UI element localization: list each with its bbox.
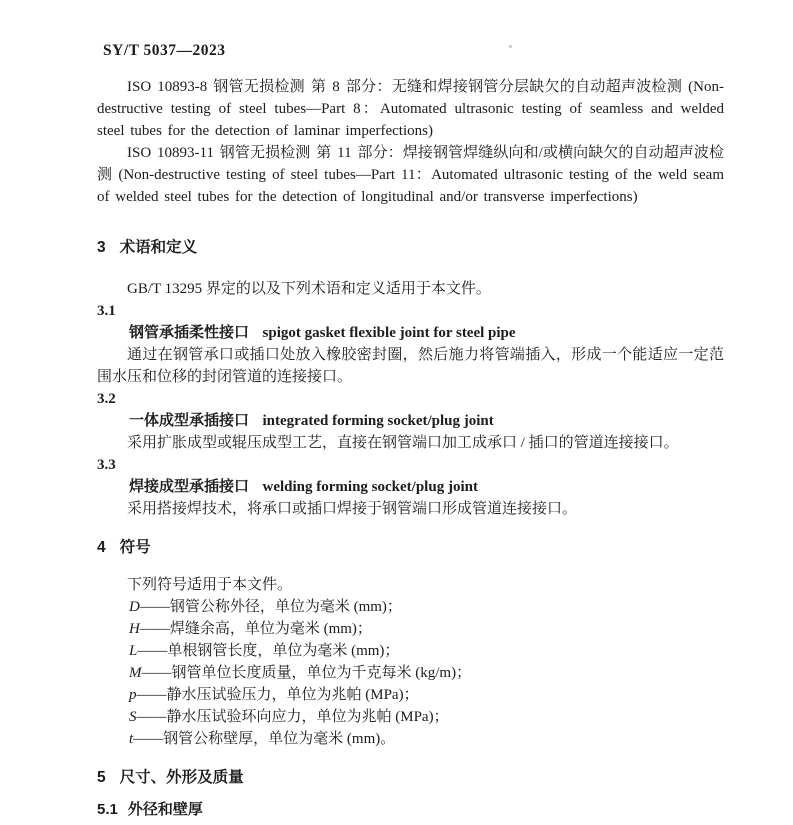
symbol-letter: p	[129, 687, 137, 703]
symbol-letter: D	[129, 599, 140, 615]
section-5-number: 5	[97, 769, 106, 786]
scan-artifact-dot	[509, 45, 512, 48]
section-4-title: 符号	[120, 539, 151, 556]
term-id: 3.2	[97, 388, 793, 410]
section-3-number: 3	[97, 239, 106, 256]
symbol-list: D——钢管公称外径，单位为毫米 (mm)； H——焊缝余高，单位为毫米 (mm)…	[0, 596, 793, 750]
symbol-description: ——钢管公称外径，单位为毫米 (mm)；	[140, 599, 402, 615]
document-page: SY/T 5037—2023 ISO 10893-8 钢管无损检测 第 8 部分…	[0, 0, 793, 825]
symbol-description: ——静水压试验压力，单位为兆帕 (MPa)；	[137, 687, 419, 703]
symbol-letter: M	[129, 665, 142, 681]
section-3-intro: GB/T 13295 界定的以及下列术语和定义适用于本文件。	[97, 278, 727, 300]
section-4-number: 4	[97, 539, 106, 556]
term-id: 3.1	[97, 300, 793, 322]
symbol-description: ——焊缝余高，单位为毫米 (mm)；	[140, 621, 372, 637]
symbol-line-D: D——钢管公称外径，单位为毫米 (mm)；	[129, 596, 793, 618]
term-definition: 采用搭接焊技术，将承口或插口焊接于钢管端口形成管道连接接口。	[97, 498, 724, 520]
symbol-line-t: t——钢管公称壁厚，单位为毫米 (mm)。	[129, 728, 793, 750]
term-name-en: integrated forming socket/plug joint	[263, 413, 494, 429]
section-4-intro: 下列符号适用于本文件。	[97, 574, 727, 596]
reference-paragraph-iso-10893-11: ISO 10893-11 钢管无损检测 第 11 部分：焊接钢管焊缝纵向和/或横…	[97, 142, 724, 208]
section-5-1-title: 外径和壁厚	[128, 801, 203, 818]
term-entry-3-2: 3.2 一体成型承插接口integrated forming socket/pl…	[0, 388, 793, 454]
symbol-line-p: p——静水压试验压力，单位为兆帕 (MPa)；	[129, 684, 793, 706]
reference-paragraph-iso-10893-8: ISO 10893-8 钢管无损检测 第 8 部分：无缝和焊接钢管分层缺欠的自动…	[97, 76, 724, 142]
term-id: 3.3	[97, 454, 793, 476]
term-entry-3-3: 3.3 焊接成型承插接口welding forming socket/plug …	[0, 454, 793, 520]
term-definition: 通过在钢管承口或插口处放入橡胶密封圈，然后施力将管端插入，形成一个能适应一定范围…	[97, 344, 724, 388]
section-4-heading: 4符号	[97, 538, 793, 558]
term-entry-3-1: 3.1 钢管承插柔性接口spigot gasket flexible joint…	[0, 300, 793, 388]
normative-references: ISO 10893-8 钢管无损检测 第 8 部分：无缝和焊接钢管分层缺欠的自动…	[0, 76, 793, 208]
symbol-letter: H	[129, 621, 140, 637]
section-5-heading: 5尺寸、外形及质量	[97, 768, 793, 788]
section-3-heading: 3术语和定义	[97, 238, 793, 258]
term-definition: 采用扩胀成型或辊压成型工艺，直接在钢管端口加工成承口 / 插口的管道连接接口。	[97, 432, 724, 454]
term-name-zh: 一体成型承插接口	[129, 412, 249, 429]
term-name-en: welding forming socket/plug joint	[263, 479, 478, 495]
symbol-description: ——钢管公称壁厚，单位为毫米 (mm)。	[133, 731, 395, 747]
symbol-line-H: H——焊缝余高，单位为毫米 (mm)；	[129, 618, 793, 640]
term-name-zh: 焊接成型承插接口	[129, 478, 249, 495]
symbol-description: ——静水压试验环向应力，单位为兆帕 (MPa)；	[137, 709, 449, 725]
term-name-zh: 钢管承插柔性接口	[129, 324, 249, 341]
symbol-line-S: S——静水压试验环向应力，单位为兆帕 (MPa)；	[129, 706, 793, 728]
section-5-1-number: 5.1	[97, 801, 118, 818]
term-heading: 焊接成型承插接口welding forming socket/plug join…	[129, 476, 793, 498]
term-heading: 钢管承插柔性接口spigot gasket flexible joint for…	[129, 322, 793, 344]
symbol-line-M: M——钢管单位长度质量，单位为千克每米 (kg/m)；	[129, 662, 793, 684]
symbol-letter: S	[129, 709, 137, 725]
symbol-description: ——钢管单位长度质量，单位为千克每米 (kg/m)；	[142, 665, 472, 681]
term-name-en: spigot gasket flexible joint for steel p…	[263, 325, 516, 341]
term-heading: 一体成型承插接口integrated forming socket/plug j…	[129, 410, 793, 432]
symbol-description: ——单根钢管长度，单位为毫米 (mm)；	[137, 643, 399, 659]
section-5-title: 尺寸、外形及质量	[120, 769, 244, 786]
standard-number: SY/T 5037—2023	[103, 42, 793, 60]
symbol-line-L: L——单根钢管长度，单位为毫米 (mm)；	[129, 640, 793, 662]
section-5-1-heading: 5.1外径和壁厚	[97, 800, 793, 820]
section-3-title: 术语和定义	[120, 239, 198, 256]
